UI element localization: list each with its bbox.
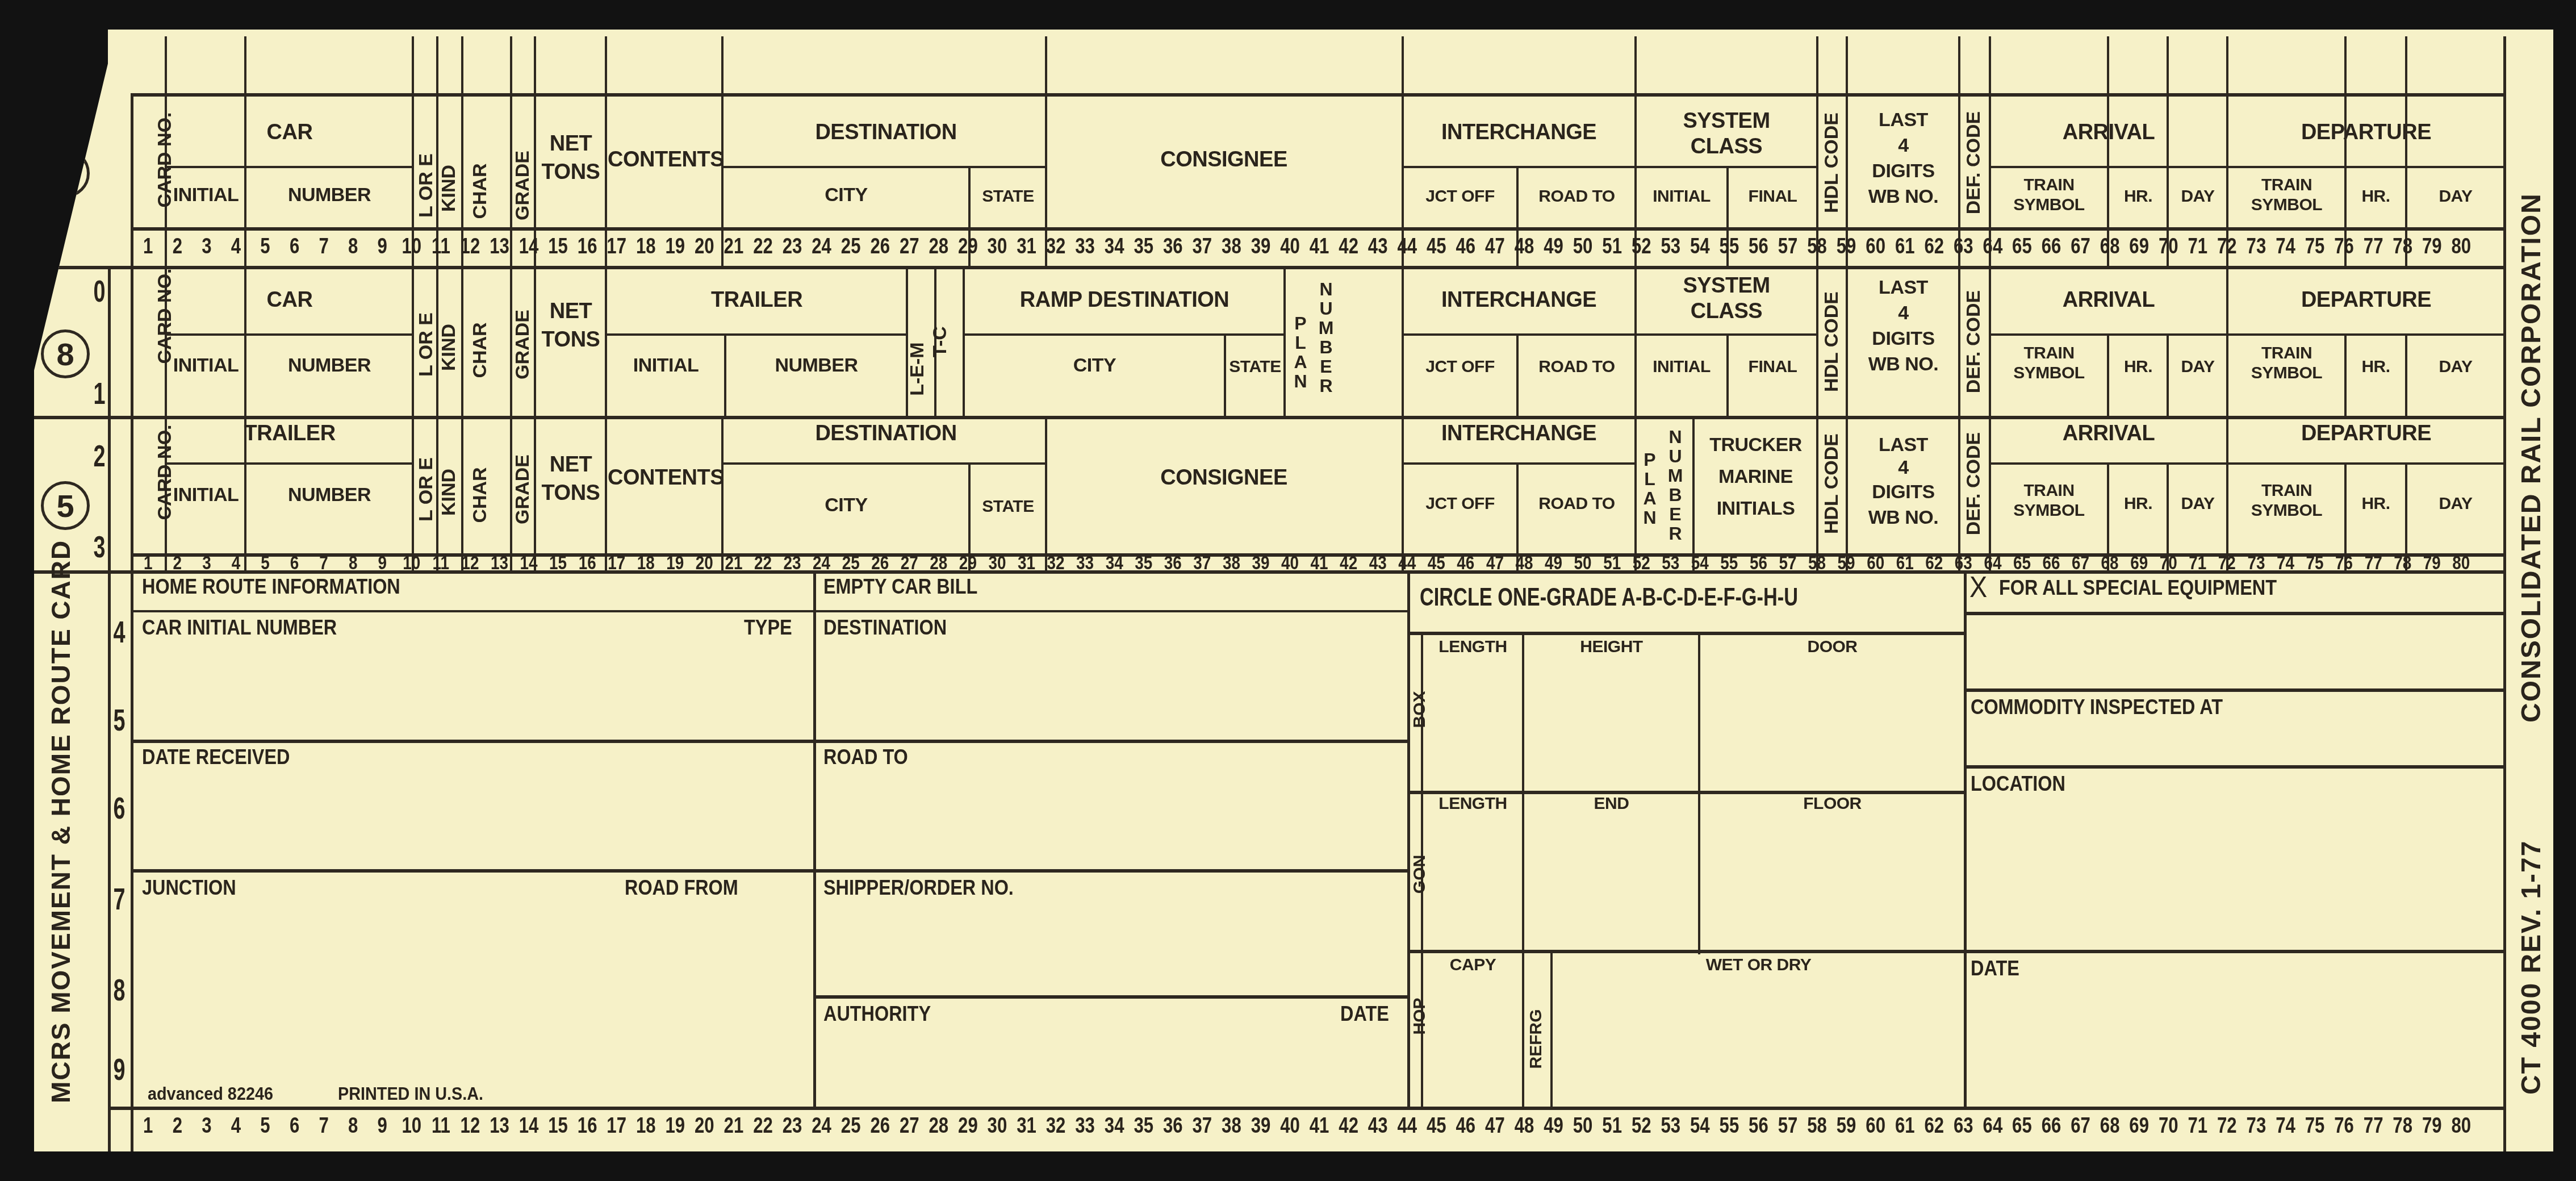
column-number: 42 <box>1334 235 1364 259</box>
col-sep <box>412 36 414 570</box>
departure-day-label: DAY <box>2408 187 2503 207</box>
column-number: 72 <box>2213 235 2242 259</box>
column-number: 71 <box>2183 552 2213 574</box>
column-number: 76 <box>2330 1114 2359 1138</box>
column-number: 15 <box>543 235 573 259</box>
column-numbers-bottom: 1234567891011121314151617181920212223242… <box>133 1109 2476 1143</box>
column-number: 14 <box>514 235 543 259</box>
column-number: 51 <box>1598 1114 1627 1138</box>
column-number: 17 <box>602 552 632 574</box>
sub-rule <box>724 333 726 418</box>
char-label-5: CHAR <box>469 464 491 527</box>
column-number: 63 <box>1949 235 1979 259</box>
column-number: 4 <box>221 235 251 259</box>
column-number: 24 <box>807 552 837 574</box>
column-number: 5 <box>250 235 280 259</box>
consignee-label-5: CONSIGNEE <box>1048 466 1400 491</box>
column-number: 33 <box>1070 1114 1100 1138</box>
sub-rule <box>2107 333 2109 418</box>
marker-1: 1 <box>94 376 106 411</box>
sub-rule <box>1516 333 1519 418</box>
sub-rule <box>1964 765 2503 769</box>
column-number: 50 <box>1568 1114 1598 1138</box>
initials-label: INITIALS <box>1695 498 1816 520</box>
departure-day-label-5: DAY <box>2408 494 2503 514</box>
column-number: 17 <box>602 235 632 259</box>
box-height-label[interactable]: HEIGHT <box>1525 637 1698 657</box>
date-received-label[interactable]: DATE RECEIVED <box>142 745 290 769</box>
column-number: 22 <box>748 1114 778 1138</box>
tc-label: T-C <box>929 319 951 365</box>
column-number: 20 <box>690 1114 720 1138</box>
column-number: 52 <box>1626 552 1656 574</box>
column-number: 56 <box>1744 552 1774 574</box>
trailer-header-5: TRAILER <box>168 422 412 446</box>
column-number: 75 <box>2300 235 2330 259</box>
system-initial-label-8: INITIAL <box>1637 357 1726 377</box>
car-initial-number-label[interactable]: CAR INITIAL NUMBER <box>142 616 337 640</box>
departure-symbol-label-5: SYMBOL <box>2229 501 2344 521</box>
sub-rule <box>1964 950 2503 953</box>
column-number: 31 <box>1012 235 1042 259</box>
column-number: 1 <box>133 1114 163 1138</box>
column-number: 61 <box>1890 552 1920 574</box>
column-number: 78 <box>2388 235 2418 259</box>
col-sep <box>1846 36 1848 570</box>
column-number: 39 <box>1246 235 1276 259</box>
column-number: 47 <box>1481 235 1510 259</box>
plan-number-label-8: NUMBER <box>1315 279 1337 395</box>
column-number: 55 <box>1714 235 1744 259</box>
card-no-label-8: CARD NO. <box>154 265 176 368</box>
arrival-symbol-label-8: SYMBOL <box>1991 364 2107 383</box>
column-number: 66 <box>2036 1114 2066 1138</box>
special-equipment-label: FOR ALL SPECIAL EQUIPMENT <box>1999 576 2277 600</box>
jct-off-label: JCT OFF <box>1404 187 1516 207</box>
digits-label-8: DIGITS <box>1849 328 1958 350</box>
marker-3: 3 <box>94 529 106 565</box>
trailer-number-label-5: NUMBER <box>247 484 412 506</box>
box-length-label[interactable]: LENGTH <box>1424 637 1522 657</box>
system-final-label-8: FINAL <box>1729 357 1816 377</box>
column-number: 61 <box>1890 235 1920 259</box>
sub-rule <box>133 869 813 873</box>
column-number: 3 <box>192 235 221 259</box>
column-number: 3 <box>192 1114 221 1138</box>
column-number: 29 <box>954 1114 983 1138</box>
column-number: 78 <box>2388 1114 2418 1138</box>
tons-label-8: TONS <box>537 328 605 353</box>
column-number: 45 <box>1422 1114 1452 1138</box>
column-number: 15 <box>543 1114 573 1138</box>
lem-label: L-E-M <box>906 332 929 406</box>
column-number: 11 <box>426 1114 456 1138</box>
plan-number-label-5: NUMBER <box>1664 427 1687 543</box>
column-number: 76 <box>2330 552 2359 574</box>
column-number: 32 <box>1041 1114 1070 1138</box>
arrival-day-label-5: DAY <box>2169 494 2226 514</box>
column-number: 31 <box>1012 552 1042 574</box>
marine-label: MARINE <box>1695 466 1816 488</box>
column-number: 23 <box>777 235 807 259</box>
column-number: 29 <box>954 552 983 574</box>
plan-label-8: PLAN <box>1289 314 1312 391</box>
rule-v-rownum <box>108 266 111 1151</box>
commodity-inspected-at-label[interactable]: COMMODITY INSPECTED AT <box>1971 695 2223 719</box>
arrival-header-8: ARRIVAL <box>1991 288 2226 313</box>
column-number: 57 <box>1773 235 1803 259</box>
departure-train-label: TRAIN <box>2229 176 2344 195</box>
arrival-train-label-8: TRAIN <box>1991 344 2107 364</box>
interchange-header-5: INTERCHANGE <box>1404 422 1634 446</box>
column-number: 72 <box>2213 1114 2242 1138</box>
arrival-train-label-5: TRAIN <box>1991 481 2107 501</box>
digits-label: DIGITS <box>1849 160 1958 182</box>
last-label: LAST <box>1849 109 1958 131</box>
ramp-destination-header: RAMP DESTINATION <box>965 288 1283 313</box>
col-sep <box>605 36 607 570</box>
column-number: 12 <box>455 552 485 574</box>
column-number: 20 <box>690 235 720 259</box>
column-number: 73 <box>2242 1114 2271 1138</box>
column-number: 56 <box>1744 1114 1774 1138</box>
column-number: 59 <box>1831 552 1861 574</box>
junction-label[interactable]: JUNCTION <box>142 876 236 900</box>
column-number: 66 <box>2036 235 2066 259</box>
column-number: 26 <box>865 552 895 574</box>
row-number-4: 4 <box>114 615 126 650</box>
car-initial-label: INITIAL <box>168 184 244 206</box>
arrival-header-5: ARRIVAL <box>1991 422 2226 446</box>
column-number: 47 <box>1481 552 1510 574</box>
column-numbers-9: 1234567891011121314151617181920212223242… <box>133 229 2476 264</box>
trailer-header-8: TRAILER <box>608 288 906 313</box>
column-number: 59 <box>1831 1114 1861 1138</box>
column-number: 73 <box>2242 552 2271 574</box>
column-number: 15 <box>543 552 573 574</box>
column-number: 30 <box>982 1114 1012 1138</box>
column-number: 44 <box>1392 235 1422 259</box>
kind-label-5: KIND <box>438 456 460 529</box>
column-number: 48 <box>1509 1114 1539 1138</box>
column-number: 10 <box>397 235 426 259</box>
type-label[interactable]: TYPE <box>744 616 792 640</box>
column-number: 8 <box>338 235 368 259</box>
departure-train-label-8: TRAIN <box>2229 344 2344 364</box>
column-number: 5 <box>250 1114 280 1138</box>
card-marker-8: 8 <box>41 329 90 378</box>
circle-grade-label[interactable]: CIRCLE ONE-GRADE A-B-C-D-E-F-G-H-U <box>1420 583 1798 612</box>
col-sep <box>813 570 816 1107</box>
column-number: 66 <box>2036 552 2066 574</box>
column-number: 1 <box>133 552 163 574</box>
column-number: 74 <box>2271 552 2301 574</box>
column-number: 38 <box>1217 235 1247 259</box>
sub-rule <box>813 610 1407 612</box>
column-number: 63 <box>1949 1114 1979 1138</box>
box-door-label[interactable]: DOOR <box>1701 637 1964 657</box>
column-number: 25 <box>836 552 865 574</box>
column-number: 54 <box>1686 1114 1715 1138</box>
company-name: CONSOLIDATED RAIL CORPORATION <box>2516 193 2547 723</box>
sub-rule <box>1989 462 2503 465</box>
system-label: SYSTEM <box>1637 109 1816 134</box>
sub-rule <box>2405 333 2407 418</box>
column-number: 75 <box>2300 1114 2330 1138</box>
tons-label: TONS <box>537 160 605 185</box>
printed-in-usa: PRINTED IN U.S.A. <box>338 1083 483 1104</box>
road-from-label[interactable]: ROAD FROM <box>625 876 738 900</box>
column-number: 62 <box>1920 235 1949 259</box>
marker-0: 0 <box>94 274 106 309</box>
def-code-label-8: DEF. CODE <box>1963 288 1985 396</box>
column-number: 35 <box>1129 552 1159 574</box>
column-number: 36 <box>1159 235 1188 259</box>
column-number: 58 <box>1803 1114 1832 1138</box>
column-number: 35 <box>1129 1114 1159 1138</box>
sub-rule <box>133 610 813 612</box>
column-number: 67 <box>2066 1114 2096 1138</box>
column-number: 40 <box>1276 1114 1305 1138</box>
column-number: 62 <box>1920 552 1949 574</box>
column-number: 32 <box>1041 235 1070 259</box>
sub-rule <box>1964 612 2503 615</box>
column-number: 29 <box>954 235 983 259</box>
row-number-9: 9 <box>114 1052 126 1087</box>
refrg-label: REFRG <box>1527 1002 1546 1076</box>
column-number: 33 <box>1070 235 1100 259</box>
column-number: 50 <box>1568 552 1598 574</box>
empty-car-road-to-label[interactable]: ROAD TO <box>823 745 908 769</box>
empty-car-destination-label[interactable]: DESTINATION <box>823 616 947 640</box>
col-sep <box>534 36 536 570</box>
kind-label: KIND <box>438 152 460 226</box>
grade-label-5: GRADE <box>512 453 534 527</box>
class-label: CLASS <box>1637 135 1816 160</box>
column-number: 14 <box>514 552 543 574</box>
row-number-6: 6 <box>114 791 126 826</box>
column-number: 74 <box>2271 1114 2301 1138</box>
column-number: 40 <box>1276 552 1305 574</box>
contents-label: CONTENTS <box>608 148 721 173</box>
column-number: 41 <box>1304 1114 1334 1138</box>
road-to-label-8: ROAD TO <box>1519 357 1634 377</box>
column-number: 47 <box>1481 1114 1510 1138</box>
class-label-8: CLASS <box>1637 299 1816 324</box>
hop-capy-label[interactable]: CAPY <box>1424 955 1522 975</box>
def-code-label: DEF. CODE <box>1963 109 1985 217</box>
column-number: 21 <box>719 1114 748 1138</box>
shipper-order-no-label[interactable]: SHIPPER/ORDER NO. <box>823 876 1014 900</box>
column-number: 60 <box>1861 552 1891 574</box>
column-number: 18 <box>631 552 660 574</box>
column-number: 34 <box>1099 235 1129 259</box>
column-number: 72 <box>2213 552 2242 574</box>
column-number: 46 <box>1451 235 1481 259</box>
column-number: 77 <box>2358 1114 2388 1138</box>
column-number: 69 <box>2125 235 2154 259</box>
column-number: 27 <box>894 552 924 574</box>
column-number: 53 <box>1656 552 1686 574</box>
column-number: 75 <box>2300 552 2330 574</box>
column-number: 79 <box>2417 1114 2447 1138</box>
column-number: 43 <box>1363 235 1392 259</box>
column-number: 60 <box>1861 235 1891 259</box>
column-number: 34 <box>1099 552 1129 574</box>
four-label-5: 4 <box>1849 457 1958 479</box>
column-number: 10 <box>397 1114 426 1138</box>
form-number: CT 4000 REV. 1-77 <box>2516 840 2547 1095</box>
road-to-label-5: ROAD TO <box>1519 494 1634 514</box>
last-label-5: LAST <box>1849 434 1958 456</box>
sub-rule <box>1964 688 2503 692</box>
jct-off-label-5: JCT OFF <box>1404 494 1516 514</box>
row-number-7: 7 <box>114 882 126 917</box>
wet-or-dry-label[interactable]: WET OR DRY <box>1553 955 1964 975</box>
column-number: 59 <box>1831 235 1861 259</box>
column-number: 44 <box>1392 1114 1422 1138</box>
arrival-hr-label-8: HR. <box>2110 357 2167 377</box>
column-number: 51 <box>1598 552 1627 574</box>
column-number: 46 <box>1451 1114 1481 1138</box>
sub-rule <box>1726 333 1729 418</box>
column-number: 2 <box>163 235 193 259</box>
wb-no-label-5: WB NO. <box>1849 507 1958 529</box>
column-number: 31 <box>1012 1114 1042 1138</box>
column-number: 13 <box>485 1114 515 1138</box>
sub-rule <box>165 166 412 168</box>
def-code-label-5: DEF. CODE <box>1963 430 1985 538</box>
column-number: 21 <box>719 235 748 259</box>
col-sep <box>461 36 463 570</box>
column-number: 67 <box>2066 235 2096 259</box>
car-initial-label-8: INITIAL <box>168 354 244 377</box>
sub-rule <box>605 333 906 336</box>
column-number: 42 <box>1334 552 1364 574</box>
departure-header-8: DEPARTURE <box>2229 288 2503 313</box>
sub-rule <box>813 869 1407 873</box>
column-number: 35 <box>1129 235 1159 259</box>
city-label: CITY <box>724 184 968 206</box>
column-number: 18 <box>631 235 660 259</box>
departure-header: DEPARTURE <box>2229 120 2503 145</box>
column-number: 24 <box>807 235 837 259</box>
ramp-city-label: CITY <box>965 354 1224 377</box>
sub-rule <box>813 995 1407 999</box>
column-number: 23 <box>777 1114 807 1138</box>
column-number: 9 <box>367 1114 397 1138</box>
sub-rule <box>244 333 246 418</box>
column-number: 28 <box>924 552 954 574</box>
rule-8-bottom <box>34 416 2503 419</box>
column-number: 80 <box>2447 1114 2476 1138</box>
contents-label-5: CONTENTS <box>608 466 721 491</box>
wb-no-label: WB NO. <box>1849 186 1958 208</box>
column-number: 7 <box>309 1114 338 1138</box>
kind-label-8: KIND <box>438 311 460 385</box>
wb-no-label-8: WB NO. <box>1849 353 1958 375</box>
column-number: 48 <box>1509 552 1539 574</box>
column-number: 68 <box>2095 1114 2125 1138</box>
column-number: 4 <box>221 552 251 574</box>
gon-label: GON <box>1410 840 1429 908</box>
marker-2: 2 <box>94 439 106 474</box>
column-number: 68 <box>2095 235 2125 259</box>
column-number: 40 <box>1276 235 1305 259</box>
column-number: 7 <box>309 552 338 574</box>
departure-symbol-label-8: SYMBOL <box>2229 364 2344 383</box>
column-number: 41 <box>1304 235 1334 259</box>
sub-rule <box>1402 333 1816 336</box>
arrival-day-label-8: DAY <box>2169 357 2226 377</box>
departure-train-label-5: TRAIN <box>2229 481 2344 501</box>
column-number: 73 <box>2242 235 2271 259</box>
column-number: 69 <box>2125 1114 2154 1138</box>
state-label-5: STATE <box>971 497 1045 517</box>
column-number: 30 <box>982 235 1012 259</box>
column-number: 39 <box>1246 1114 1276 1138</box>
column-number: 58 <box>1803 552 1832 574</box>
row-number-8: 8 <box>114 973 126 1008</box>
sub-rule <box>721 166 1045 168</box>
column-number: 12 <box>455 1114 485 1138</box>
hdl-code-label: HDL CODE <box>1821 109 1843 217</box>
consignee-label: CONSIGNEE <box>1048 148 1400 173</box>
l-or-e-label-8: L OR E <box>415 305 437 385</box>
sub-rule <box>133 740 1407 743</box>
sub-rule <box>1402 166 1816 168</box>
column-number: 49 <box>1539 552 1569 574</box>
column-number: 57 <box>1773 552 1803 574</box>
sub-rule <box>165 333 412 336</box>
column-number: 10 <box>397 552 426 574</box>
column-number: 11 <box>426 235 456 259</box>
column-number: 70 <box>2153 235 2183 259</box>
departure-day-label-8: DAY <box>2408 357 2503 377</box>
column-number: 58 <box>1803 235 1832 259</box>
rule-top <box>131 93 2503 97</box>
column-number: 70 <box>2153 1114 2183 1138</box>
system-initial-label: INITIAL <box>1637 187 1726 207</box>
col-sep <box>1964 570 1967 1107</box>
char-label: CHAR <box>469 160 491 223</box>
departure-symbol-label: SYMBOL <box>2229 195 2344 215</box>
column-number: 5 <box>250 552 280 574</box>
hdl-code-label-5: HDL CODE <box>1821 430 1843 538</box>
column-number: 17 <box>602 1114 632 1138</box>
hop-label: HOP <box>1410 982 1429 1050</box>
gon-end-label[interactable]: END <box>1525 794 1698 814</box>
right-date-label[interactable]: DATE <box>1971 957 2019 980</box>
column-number: 21 <box>719 552 748 574</box>
column-numbers-5: 1234567891011121314151617181920212223242… <box>133 555 2476 571</box>
car-number-label-8: NUMBER <box>247 354 412 377</box>
column-number: 16 <box>572 1114 602 1138</box>
authority-label[interactable]: AUTHORITY <box>823 1002 931 1026</box>
column-number: 65 <box>2008 235 2037 259</box>
departure-hr-label-8: HR. <box>2347 357 2405 377</box>
trailer-initial-label-8: INITIAL <box>608 354 724 377</box>
printer-code: advanced 82246 <box>148 1083 273 1104</box>
location-label[interactable]: LOCATION <box>1971 772 2065 796</box>
authority-date-label[interactable]: DATE <box>1340 1002 1389 1026</box>
gon-length-label[interactable]: LENGTH <box>1424 794 1522 814</box>
column-number: 71 <box>2183 1114 2213 1138</box>
gon-floor-label[interactable]: FLOOR <box>1701 794 1964 814</box>
column-number: 43 <box>1363 552 1392 574</box>
column-number: 8 <box>338 552 368 574</box>
column-number: 30 <box>982 552 1012 574</box>
